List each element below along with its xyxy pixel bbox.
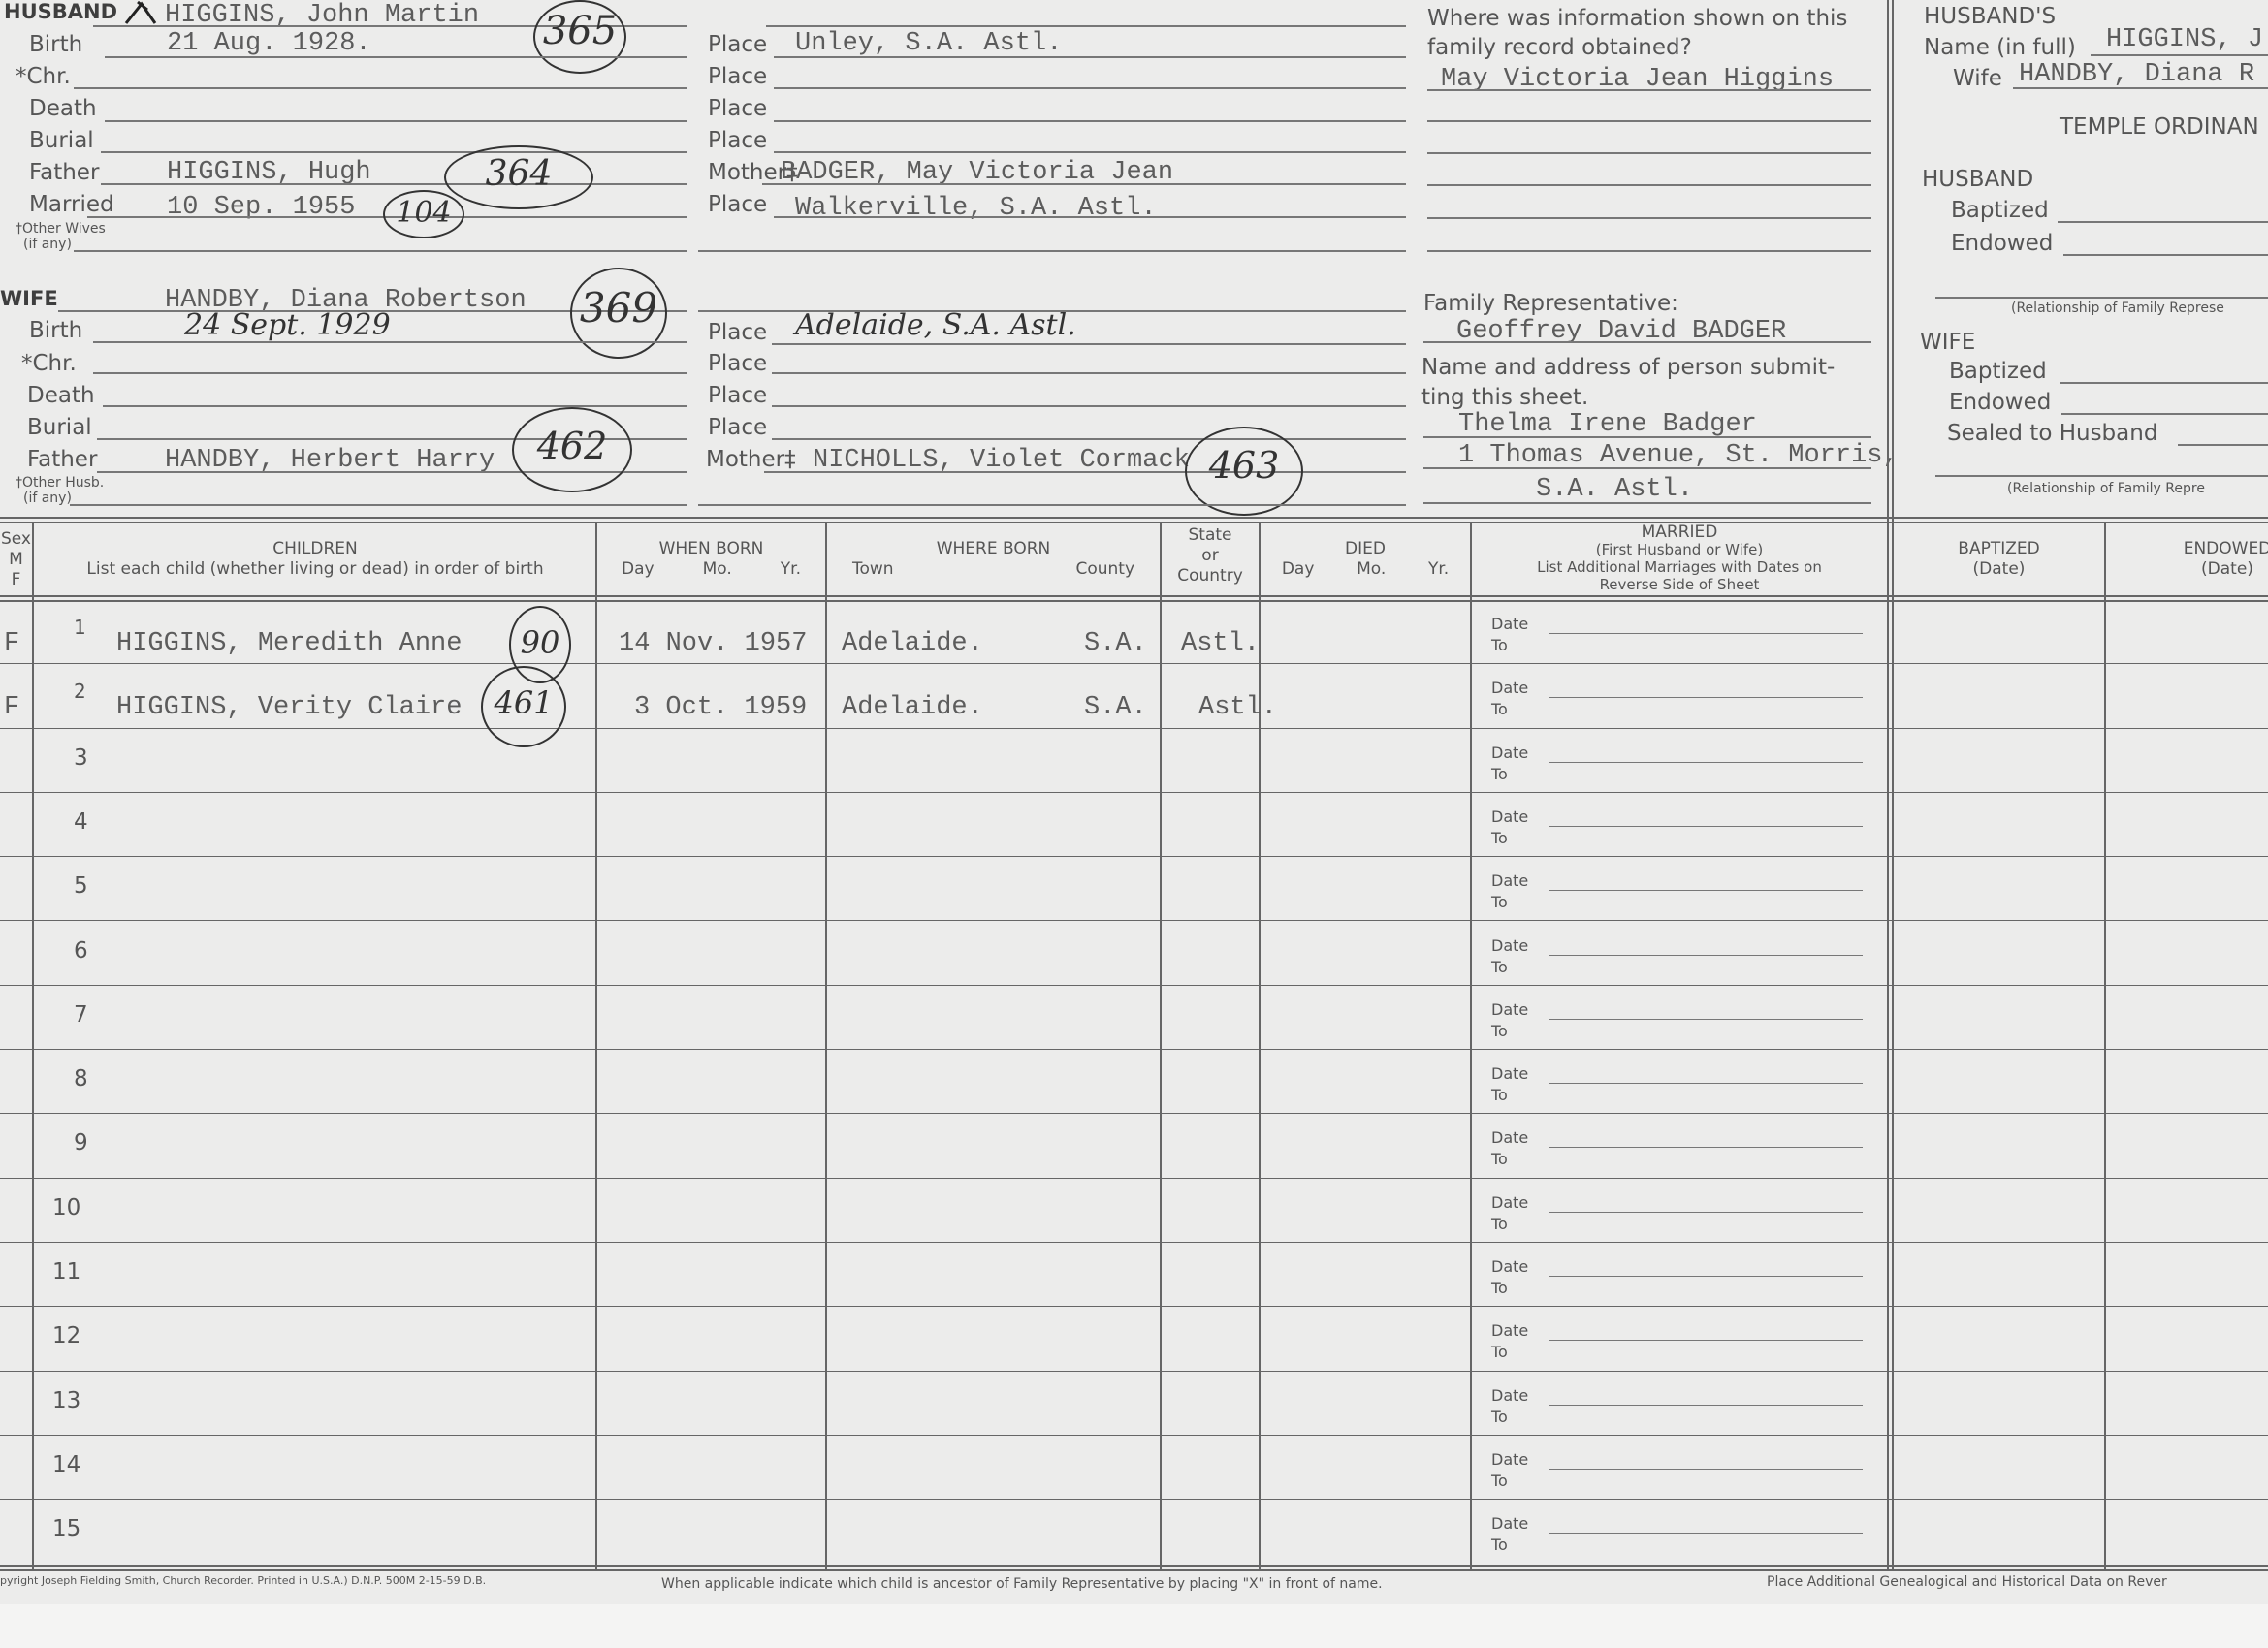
table-row[interactable]: 14DateTo xyxy=(0,1436,2268,1500)
married-date-label: Date xyxy=(1491,1449,1528,1471)
married-date-label: Date xyxy=(1491,1192,1528,1214)
copyright-note: pyright Joseph Fielding Smith, Church Re… xyxy=(0,1574,486,1587)
child-birth-county[interactable]: S.A. xyxy=(1084,629,1147,658)
married-to-label: To xyxy=(1491,635,1508,656)
married-date-label: Date xyxy=(1491,1127,1528,1149)
row-number: 2 xyxy=(74,680,86,703)
submitter-name[interactable]: Thelma Irene Badger xyxy=(1458,410,1757,439)
child-birth-date[interactable]: 14 Nov. 1957 xyxy=(619,629,807,658)
other-husb-sublabel: (if any) xyxy=(23,491,72,506)
temple-husband-label: HUSBAND xyxy=(1922,167,2033,192)
husband-birth-place[interactable]: Unley, S.A. Astl. xyxy=(795,29,1062,58)
married-to-label: To xyxy=(1491,1535,1508,1556)
married-date-label: Date xyxy=(1491,743,1528,764)
married-date-field[interactable] xyxy=(1549,1469,1863,1470)
wife-endowed-label: Endowed xyxy=(1949,390,2051,415)
row-number: 5 xyxy=(74,873,88,899)
submitter-label-1: Name and address of person submit- xyxy=(1421,355,1835,380)
married-to-label: To xyxy=(1491,828,1508,849)
temple-ordinances-title: TEMPLE ORDINAN xyxy=(2060,114,2259,140)
state-header: State or Country xyxy=(1162,525,1259,586)
wife-birth[interactable]: 24 Sept. 1929 xyxy=(184,308,391,342)
married-to-label: To xyxy=(1491,957,1508,978)
husband-endowed-label: Endowed xyxy=(1951,231,2053,256)
additional-data-note: Place Additional Genealogical and Histor… xyxy=(1767,1574,2167,1590)
scan-margin xyxy=(0,1604,2268,1648)
married-date-field[interactable] xyxy=(1549,1340,1863,1341)
table-row[interactable]: 1FHIGGINS, Meredith Anne9014 Nov. 1957Ad… xyxy=(0,600,2268,664)
row-number: 11 xyxy=(52,1259,80,1284)
married-to-label: To xyxy=(1491,892,1508,913)
info-source-question-2: family record obtained? xyxy=(1427,35,1692,60)
child-birth-date[interactable]: 3 Oct. 1959 xyxy=(634,693,807,722)
row-number: 7 xyxy=(74,1002,88,1028)
married-date-label: Date xyxy=(1491,807,1528,828)
husband-birth-place-label: Place xyxy=(708,32,767,57)
married-to-label: To xyxy=(1491,1278,1508,1299)
wife-chr-place-label: Place xyxy=(708,351,767,376)
married-date-field[interactable] xyxy=(1549,1147,1863,1148)
married-date-field[interactable] xyxy=(1549,1083,1863,1084)
x-mark-icon xyxy=(124,0,159,25)
table-row[interactable]: 13DateTo xyxy=(0,1372,2268,1436)
married-to-label: To xyxy=(1491,764,1508,785)
husband-baptized-label: Baptized xyxy=(1951,198,2049,223)
married-date-label: Date xyxy=(1491,871,1528,892)
row-number: 6 xyxy=(74,938,88,964)
child-name[interactable]: HIGGINS, Meredith Anne xyxy=(116,629,462,658)
row-number: 15 xyxy=(52,1516,80,1541)
wife-burial-place-label: Place xyxy=(708,415,767,440)
married-date-field[interactable] xyxy=(1549,955,1863,956)
married-date-field[interactable] xyxy=(1549,697,1863,698)
married-date-label: Date xyxy=(1491,1063,1528,1085)
married-date-field[interactable] xyxy=(1549,1533,1863,1534)
row-number: 9 xyxy=(74,1130,88,1156)
where-born-header: WHERE BORN TownCounty xyxy=(827,539,1160,580)
husband-married-label: Married xyxy=(29,192,114,217)
child-sex[interactable]: F xyxy=(4,693,19,722)
sex-header: Sex M F xyxy=(0,529,32,590)
table-row[interactable]: 3DateTo xyxy=(0,729,2268,793)
child-birth-town[interactable]: Adelaide. xyxy=(842,693,983,722)
other-wives-sublabel: (if any) xyxy=(23,237,72,252)
table-row[interactable]: 11DateTo xyxy=(0,1243,2268,1307)
when-born-header: WHEN BORN DayMo.Yr. xyxy=(597,539,825,580)
wife-mother-label: Mother‡ xyxy=(706,447,796,472)
wife-chr-label: *Chr. xyxy=(21,351,77,376)
married-date-label: Date xyxy=(1491,1385,1528,1407)
husband-married-place[interactable]: Walkerville, S.A. Astl. xyxy=(795,194,1157,223)
married-date-field[interactable] xyxy=(1549,890,1863,891)
husband-death-label: Death xyxy=(29,96,97,121)
wife-father-label: Father xyxy=(27,447,97,472)
row-number: 10 xyxy=(52,1195,80,1220)
wife-birth-label: Birth xyxy=(29,318,82,343)
died-header: DIED DayMo.Yr. xyxy=(1261,539,1470,580)
married-to-label: To xyxy=(1491,1021,1508,1042)
married-date-label: Date xyxy=(1491,614,1528,635)
endowed-header: ENDOWED (Date) xyxy=(2106,539,2268,580)
sealed-to-husband-label: Sealed to Husband xyxy=(1947,421,2157,446)
married-date-label: Date xyxy=(1491,935,1528,957)
row-number: 14 xyxy=(52,1452,80,1477)
child-birth-state[interactable]: Astl. xyxy=(1181,629,1260,658)
wife-birth-place[interactable]: Adelaide, S.A. Astl. xyxy=(795,308,1076,342)
married-date-field[interactable] xyxy=(1549,762,1863,763)
wife-death-label: Death xyxy=(27,383,95,408)
married-to-label: To xyxy=(1491,1342,1508,1363)
married-ref: 104 xyxy=(383,190,464,238)
submitter-address-1[interactable]: 1 Thomas Avenue, St. Morris, xyxy=(1458,441,1899,470)
husband-birth[interactable]: 21 Aug. 1928. xyxy=(167,29,371,58)
husband-chr-place-label: Place xyxy=(708,64,767,89)
family-rep-label: Family Representative: xyxy=(1423,291,1678,316)
married-date-field[interactable] xyxy=(1549,1212,1863,1213)
row-number: 13 xyxy=(52,1388,80,1413)
temple-wife-label: Wife xyxy=(1953,66,2002,91)
table-row[interactable]: 12DateTo xyxy=(0,1307,2268,1371)
child-birth-state[interactable]: Astl. xyxy=(1198,693,1277,722)
other-wives-label: †Other Wives xyxy=(16,221,106,237)
info-source-question-1: Where was information shown on this xyxy=(1427,6,1847,31)
child-name[interactable]: HIGGINS, Verity Claire xyxy=(116,693,462,722)
temple-husband-name[interactable]: HIGGINS, J xyxy=(2106,25,2263,54)
married-date-field[interactable] xyxy=(1549,1276,1863,1277)
table-row[interactable]: 7DateTo xyxy=(0,986,2268,1050)
wife-burial-label: Burial xyxy=(27,415,92,440)
married-to-label: To xyxy=(1491,1214,1508,1235)
married-date-field[interactable] xyxy=(1549,1405,1863,1406)
table-row[interactable]: 8DateTo xyxy=(0,1050,2268,1114)
married-header: MARRIED (First Husband or Wife) List Add… xyxy=(1472,523,1887,593)
table-row[interactable]: 15DateTo xyxy=(0,1500,2268,1564)
row-number: 8 xyxy=(74,1066,88,1092)
temple-wife-name[interactable]: HANDBY, Diana R xyxy=(2019,60,2254,89)
submitter-label-2: ting this sheet. xyxy=(1421,385,1588,410)
married-date-label: Date xyxy=(1491,1256,1528,1278)
husband-burial-place-label: Place xyxy=(708,128,767,153)
husband-section-label: HUSBAND xyxy=(4,0,117,23)
husband-burial-label: Burial xyxy=(29,128,94,153)
married-to-label: To xyxy=(1491,1149,1508,1170)
row-number: 12 xyxy=(52,1323,80,1348)
husband-death-place-label: Place xyxy=(708,96,767,121)
table-row[interactable]: 4DateTo xyxy=(0,793,2268,857)
name-in-full-label: Name (in full) xyxy=(1924,35,2076,60)
other-husb-label: †Other Husb. xyxy=(16,475,104,491)
married-date-field[interactable] xyxy=(1549,826,1863,827)
child-birth-county[interactable]: S.A. xyxy=(1084,693,1147,722)
husband-ref-number: 365 xyxy=(533,0,626,74)
married-date-label: Date xyxy=(1491,999,1528,1021)
wife-baptized-label: Baptized xyxy=(1949,359,2047,384)
table-row[interactable]: 2FHIGGINS, Verity Claire4613 Oct. 1959Ad… xyxy=(0,664,2268,728)
wife-ref-number: 369 xyxy=(570,268,667,359)
submitter-address-2[interactable]: S.A. Astl. xyxy=(1536,475,1693,504)
table-row[interactable]: 10DateTo xyxy=(0,1179,2268,1243)
row-number: 3 xyxy=(74,745,88,771)
family-group-sheet: HUSBAND HIGGINS, John Martin 365 Birth 2… xyxy=(0,0,2268,1604)
wife-section-label: WIFE xyxy=(0,287,58,310)
married-date-label: Date xyxy=(1491,1320,1528,1342)
child-sex[interactable]: F xyxy=(4,629,19,658)
table-row[interactable]: 6DateTo xyxy=(0,922,2268,986)
baptized-header: BAPTIZED (Date) xyxy=(1894,539,2104,580)
row-number: 4 xyxy=(74,809,88,835)
child-birth-town[interactable]: Adelaide. xyxy=(842,629,983,658)
married-date-label: Date xyxy=(1491,1513,1528,1535)
temple-wife-section-label: WIFE xyxy=(1920,330,1975,355)
husband-relationship-label: (Relationship of Family Represe xyxy=(2011,301,2224,316)
married-date-label: Date xyxy=(1491,678,1528,699)
husbands-label: HUSBAND'S xyxy=(1924,4,2056,29)
wife-father-ref: 462 xyxy=(512,407,632,492)
married-date-field[interactable] xyxy=(1549,1019,1863,1020)
wife-birth-place-label: Place xyxy=(708,320,767,345)
wife-relationship-label: (Relationship of Family Repre xyxy=(2007,481,2205,496)
ancestor-instruction: When applicable indicate which child is … xyxy=(661,1576,1383,1592)
table-row[interactable]: 5DateTo xyxy=(0,857,2268,921)
married-date-field[interactable] xyxy=(1549,633,1863,634)
husband-father-ref: 364 xyxy=(444,145,593,209)
husband-married-place-label: Place xyxy=(708,192,767,217)
husband-chr-label: *Chr. xyxy=(16,64,71,89)
table-row[interactable]: 9DateTo xyxy=(0,1114,2268,1178)
wife-mother-ref: 463 xyxy=(1185,427,1303,516)
married-to-label: To xyxy=(1491,699,1508,720)
married-to-label: To xyxy=(1491,1471,1508,1492)
row-number: 1 xyxy=(74,616,86,639)
husband-birth-label: Birth xyxy=(29,32,82,57)
married-to-label: To xyxy=(1491,1085,1508,1106)
husband-father-label: Father xyxy=(29,160,99,185)
wife-death-place-label: Place xyxy=(708,383,767,408)
married-to-label: To xyxy=(1491,1407,1508,1428)
children-header: CHILDREN List each child (whether living… xyxy=(34,539,596,580)
